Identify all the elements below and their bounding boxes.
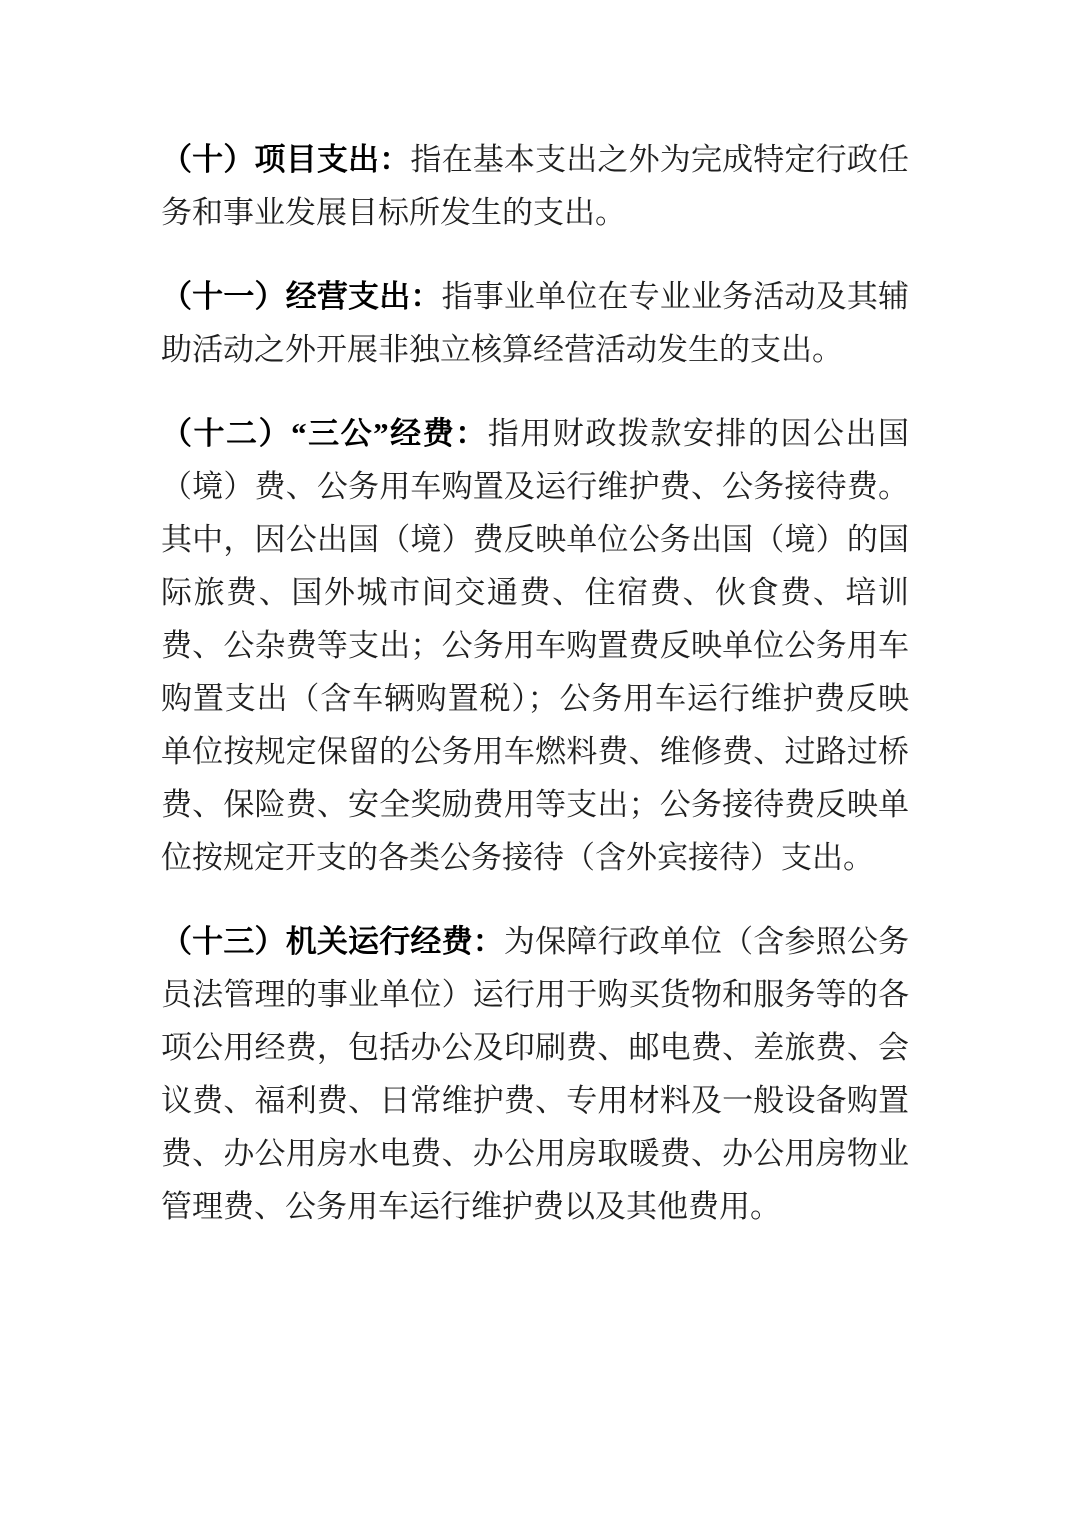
term-project-expenditure: （十）项目支出： (161, 142, 410, 177)
term-three-public-funds: （十二）“三公”经费： (161, 416, 488, 451)
paragraph-11-operating-expenditure: （十一）经营支出：指事业单位在专业业务活动及其辅助活动之外开展非独立核算经营活动… (161, 270, 909, 376)
paragraph-13-body: 为保障行政单位（含参照公务员法管理的事业单位）运行用于购买货物和服务等的各项公用… (161, 924, 909, 1224)
paragraph-10-project-expenditure: （十）项目支出：指在基本支出之外为完成特定行政任务和事业发展目标所发生的支出。 (161, 133, 909, 239)
term-agency-operating-funds: （十三）机关运行经费： (161, 924, 504, 959)
term-operating-expenditure: （十一）经营支出： (161, 279, 442, 314)
document-page: （十）项目支出：指在基本支出之外为完成特定行政任务和事业发展目标所发生的支出。 … (0, 0, 1074, 1520)
paragraph-12-body: 指用财政拨款安排的因公出国（境）费、公务用车购置及运行维护费、公务接待费。其中，… (161, 416, 909, 875)
paragraph-12-three-public-funds: （十二）“三公”经费：指用财政拨款安排的因公出国（境）费、公务用车购置及运行维护… (161, 407, 909, 884)
paragraph-13-agency-operating-funds: （十三）机关运行经费：为保障行政单位（含参照公务员法管理的事业单位）运行用于购买… (161, 915, 909, 1233)
